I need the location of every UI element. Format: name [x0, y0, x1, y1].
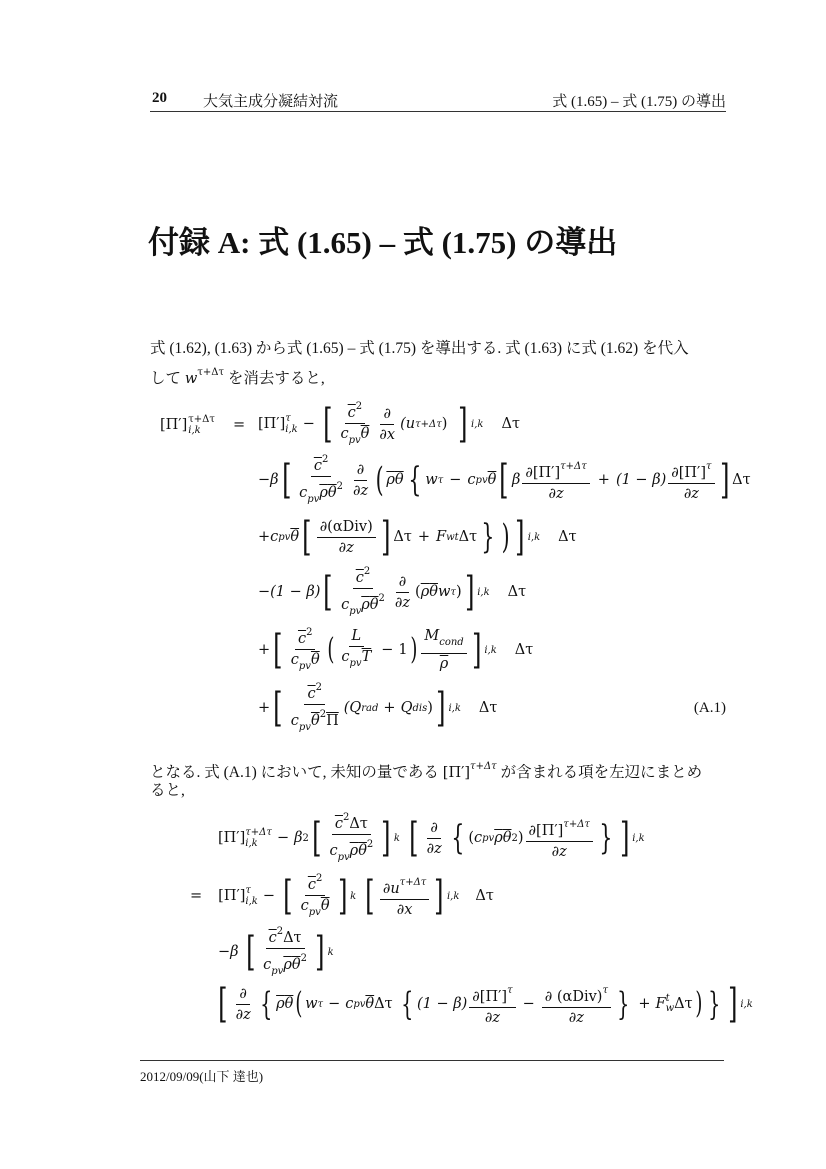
sub: w: [446, 532, 455, 543]
sub: rad: [361, 703, 378, 714]
op: +: [418, 529, 430, 545]
bracket: [: [324, 572, 333, 612]
Pi: [Π′]: [679, 465, 706, 481]
sub: i,k: [285, 424, 297, 435]
sup: τ: [318, 999, 324, 1010]
c: c: [356, 570, 364, 586]
c: c: [301, 898, 309, 914]
sub: i,k: [471, 419, 483, 430]
math: [Π′]: [443, 765, 470, 781]
paragraph-2-line-1: となる. 式 (A.1) において, 未知の量である [Π′]τ+Δτ が含まれ…: [150, 755, 702, 785]
sub: k: [328, 947, 334, 958]
text: となる. 式 (A.1) において, 未知の量である: [150, 764, 443, 781]
pv: pv: [349, 435, 361, 446]
theta: θ: [361, 426, 370, 442]
d: ∂: [354, 461, 368, 481]
equation-A1-lhs: [Π′]τ+Δτi,k: [160, 400, 215, 450]
bracket: ]: [620, 818, 629, 858]
sq: 2: [301, 953, 307, 964]
sub: i,k: [245, 896, 257, 907]
c: c: [348, 405, 356, 421]
equation-A2-line-2: = [Π′]τi,k − [ c2cpvθ ]k [ ∂uτ+Δτ∂x ]i,k…: [190, 866, 494, 926]
op: +: [383, 700, 395, 716]
c: c: [270, 529, 278, 545]
dtau: Δτ: [374, 996, 393, 1012]
theta: θ: [488, 472, 497, 488]
Pi: [Π′]: [480, 989, 507, 1005]
bracket: ]: [459, 404, 468, 444]
Pi: [Π′]: [533, 465, 560, 481]
d: ∂: [236, 985, 250, 1005]
sub: k: [394, 833, 400, 844]
math: (u: [400, 416, 415, 432]
c: c: [269, 930, 277, 946]
fraction: ∂uτ+Δτ∂x: [380, 874, 430, 919]
sq: 2: [379, 593, 385, 604]
running-section-title: 式 (1.65) – 式 (1.75) の導出: [552, 90, 726, 111]
d: ∂: [380, 405, 394, 425]
Pi: [Π′]: [218, 830, 245, 846]
bracket: [: [273, 688, 282, 728]
pv: pv: [349, 606, 361, 617]
dz: ∂z: [566, 1008, 587, 1027]
rho: ρ: [361, 597, 370, 613]
M: M: [424, 628, 439, 644]
equation-A1-line-3: +cpvθ [ ∂(αDiv)∂z ] Δτ + Fwt Δτ }) ]i,k …: [258, 510, 577, 564]
sq: 2: [316, 873, 322, 884]
c: c: [467, 472, 475, 488]
equation-A1-line-2: −β [ c2cpvρθ2 ∂∂z (ρθ{ wτ − cpvθ [ β ∂[Π…: [258, 450, 751, 510]
bracket: [: [282, 460, 291, 500]
math: [Π′]: [160, 417, 187, 433]
math: (1 − β): [616, 472, 666, 488]
math: Δτ: [732, 472, 751, 488]
op: −: [263, 888, 275, 904]
sub: i,k: [528, 532, 540, 543]
theta: θ: [365, 996, 374, 1012]
d: ∂: [427, 819, 441, 839]
bracket: ]: [434, 876, 443, 916]
rho: ρ: [276, 996, 285, 1012]
theta: θ: [503, 830, 512, 846]
fraction: ∂[Π′]τ+Δτ∂z: [526, 816, 593, 861]
Pi: [Π′]: [536, 823, 563, 839]
dtau: Δτ: [674, 996, 693, 1012]
c: c: [298, 631, 306, 647]
op: −: [381, 642, 393, 658]
bracket: ]: [720, 460, 729, 500]
math: Δτ: [479, 700, 498, 716]
rho: ρ: [319, 485, 328, 501]
math: Δτ: [501, 416, 520, 432]
bracket: [: [302, 517, 311, 557]
sub: i,k: [245, 838, 272, 849]
bracket: ]: [381, 517, 390, 557]
fraction: ∂ (αDiv)τ∂z: [542, 982, 611, 1027]
F: F: [656, 996, 666, 1012]
math: Δτ: [459, 529, 478, 545]
sup: τ: [438, 475, 444, 486]
sup: τ+Δτ: [560, 461, 587, 472]
c: c: [329, 843, 337, 859]
theta: θ: [290, 529, 299, 545]
sq: 2: [302, 833, 308, 844]
op: +: [598, 472, 610, 488]
rho: ρ: [494, 830, 503, 846]
dx: ∂x: [394, 900, 416, 919]
pv: pv: [338, 852, 350, 863]
fraction: ∂∂z: [424, 819, 445, 858]
theta: θ: [395, 472, 404, 488]
c: c: [291, 713, 299, 729]
bracket: [: [246, 932, 255, 972]
dz: ∂z: [350, 481, 371, 500]
sup: τ+Δτ: [245, 827, 272, 838]
math: Δτ: [393, 529, 412, 545]
bracket: [: [273, 630, 282, 670]
fraction: c2cpvθ: [298, 870, 333, 922]
fraction: Mcondρ: [421, 627, 466, 673]
pv: pv: [307, 494, 319, 505]
fraction: ∂(αDiv)∂z: [317, 518, 376, 557]
rho: ρ: [386, 472, 395, 488]
bracket: ]: [381, 818, 390, 858]
fraction: c2cpvθ: [337, 398, 372, 450]
theta: θ: [311, 652, 320, 668]
pv: pv: [271, 966, 283, 977]
dx: ∂x: [376, 425, 398, 444]
op: −: [328, 996, 340, 1012]
rho: ρ: [437, 654, 452, 673]
theta: θ: [429, 584, 438, 600]
beta: β: [294, 830, 302, 846]
dtau: Δτ: [283, 930, 302, 946]
sub: i,k: [484, 645, 496, 656]
pv: pv: [299, 661, 311, 672]
d: ∂: [529, 823, 537, 839]
d: ∂: [396, 573, 410, 593]
equals-sign: =: [233, 400, 245, 450]
bracket: [: [283, 876, 292, 916]
c: c: [308, 877, 316, 893]
beta: β: [512, 472, 520, 488]
math: Δτ: [558, 529, 577, 545]
w: w: [438, 584, 450, 600]
num: ∂ (αDiv): [545, 989, 603, 1005]
bracket: [: [312, 818, 321, 858]
sub: cond: [439, 637, 463, 648]
equals-sign: =: [190, 888, 202, 904]
pv: pv: [353, 999, 365, 1010]
sup: τ+Δτ: [400, 877, 427, 888]
bracket: [: [218, 984, 227, 1024]
pv: pv: [350, 658, 362, 669]
bracket: [: [323, 404, 332, 444]
math: Δτ: [508, 584, 527, 600]
bracket: ]: [472, 630, 481, 670]
bracket: [: [409, 818, 418, 858]
fraction: c2Δτcpvρθ2: [326, 809, 376, 867]
Pi-bar: Π: [326, 713, 339, 729]
fraction: ∂[Π′]τ∂z: [469, 982, 515, 1027]
c: c: [307, 686, 315, 702]
bracket: [: [365, 876, 374, 916]
theta: θ: [321, 898, 330, 914]
bracket: ]: [728, 984, 737, 1024]
equation-A1-line-1: [Π′]τi,k − [ c2cpvθ ∂∂x (uτ+Δτ) ]i,k Δτ: [258, 394, 520, 454]
bracket: ]: [338, 876, 347, 916]
equation-A1-line-5: + [ c2cpvθ ( LcpvT −1 ) Mcondρ ]i,k Δτ: [258, 622, 533, 678]
sup: τ: [706, 461, 712, 472]
sq: 2: [337, 481, 343, 492]
Pi: [Π′]: [218, 888, 245, 904]
sub: i,k: [448, 703, 460, 714]
dz: ∂z: [549, 842, 570, 861]
math: (1 − β): [417, 996, 467, 1012]
chapter-title: 付録 A: 式 (1.65) – 式 (1.75) の導出: [148, 217, 617, 262]
c: c: [291, 652, 299, 668]
op: −: [449, 472, 461, 488]
paragraph-1-line-1: 式 (1.62), (1.63) から式 (1.65) – 式 (1.75) を…: [150, 337, 689, 361]
equation-A2-line-3: −β [ c2Δτcpvρθ2 ]k: [218, 924, 334, 980]
fraction: c2cpvθ2Π: [288, 679, 342, 737]
equation-A2-line-1: [Π′]τ+Δτi,k − β2 [ c2Δτcpvρθ2 ]k [ ∂∂z {…: [218, 808, 645, 868]
c: c: [345, 996, 353, 1012]
fraction: ∂∂x: [376, 405, 398, 444]
math: −(1 − β): [258, 584, 320, 600]
sub: i,k: [632, 833, 644, 844]
dz: ∂z: [681, 484, 702, 503]
rho: ρ: [421, 584, 430, 600]
one: 1: [398, 642, 407, 658]
dz: ∂z: [336, 538, 357, 557]
pv: pv: [309, 907, 321, 918]
c: c: [474, 830, 482, 846]
sq: 2: [367, 839, 373, 850]
rho: ρ: [350, 843, 359, 859]
L: L: [349, 627, 365, 647]
c: c: [341, 597, 349, 613]
w: w: [305, 996, 317, 1012]
c: c: [335, 816, 343, 832]
c: c: [340, 426, 348, 442]
math: −β: [218, 944, 239, 960]
fraction: LcpvT: [338, 627, 374, 673]
theta: θ: [358, 843, 367, 859]
fraction: ∂∂z: [350, 461, 371, 500]
Q: Q: [401, 700, 413, 716]
sup: τ+Δτ: [470, 761, 497, 772]
rho: ρ: [283, 957, 292, 973]
dtau: Δτ: [349, 816, 368, 832]
sub: k: [350, 891, 356, 902]
theta: θ: [370, 597, 379, 613]
bracket: [: [499, 460, 508, 500]
dz: ∂z: [424, 839, 445, 858]
math-sup: τ+Δτ: [197, 367, 224, 378]
sup: τ: [507, 985, 513, 996]
book-title: 大気主成分凝結対流: [203, 90, 338, 111]
math: [Π′]: [258, 416, 285, 432]
op: +: [258, 642, 270, 658]
op: −: [523, 996, 535, 1012]
sup: τ: [602, 985, 608, 996]
equation-number: (A.1): [694, 700, 726, 717]
Q: (Q: [344, 700, 362, 716]
bracket: ]: [465, 572, 474, 612]
sub: i,k: [447, 891, 459, 902]
equation-A2-line-4: [ ∂∂z {ρθ( wτ − cpvθΔτ { (1 − β) ∂[Π′]τ∂…: [215, 978, 753, 1030]
sub: i,k: [477, 587, 489, 598]
sub: w: [666, 1004, 675, 1014]
fraction: ∂[Π′]τ∂z: [668, 458, 714, 503]
sup: τ: [245, 885, 257, 896]
fraction: c2cpvρθ2: [338, 563, 388, 621]
op: −: [303, 416, 315, 432]
c: c: [341, 649, 349, 665]
math: −β: [258, 472, 279, 488]
pv: pv: [476, 475, 488, 486]
fraction: c2cpvρθ2: [296, 451, 346, 509]
bracket: ]: [315, 932, 324, 972]
equation-A1-line-4: −(1 − β) [ c2cpvρθ2 ∂∂z (ρθwτ) ]i,k Δτ: [258, 564, 526, 620]
pv: pv: [278, 532, 290, 543]
theta: θ: [292, 957, 301, 973]
dz: ∂z: [545, 484, 566, 503]
sup: τ+Δτ: [415, 419, 442, 430]
op: +: [258, 700, 270, 716]
bracket: ]: [436, 688, 445, 728]
sq: 2: [316, 682, 322, 693]
math: Δτ: [515, 642, 534, 658]
math-w: w: [185, 371, 197, 387]
op: −: [277, 830, 289, 846]
T: T: [362, 649, 372, 665]
dz: ∂z: [233, 1005, 254, 1024]
w: w: [425, 472, 437, 488]
sup: τ+Δτ: [188, 414, 215, 425]
sub: i,k: [740, 999, 752, 1010]
d: ∂: [472, 989, 480, 1005]
text: が含まれる項を左辺にまとめ: [497, 764, 702, 781]
page-number: 20: [152, 90, 167, 107]
footer-rule: [140, 1060, 724, 1061]
op: +: [638, 996, 650, 1012]
c: c: [314, 458, 322, 474]
equation-A1-line-6: + [ c2cpvθ2Π (Qrad + Qdis) ]i,k Δτ: [258, 680, 497, 736]
d: ∂: [525, 465, 533, 481]
F: F: [436, 529, 446, 545]
sup: τ: [285, 413, 297, 424]
math: Δτ: [475, 888, 494, 904]
dz: ∂z: [482, 1008, 503, 1027]
text: して: [150, 370, 185, 387]
text: を消去すると,: [224, 370, 325, 387]
fraction: c2cpvθ: [288, 624, 323, 676]
bracket: ]: [515, 517, 524, 557]
num: ∂(αDiv): [317, 518, 376, 538]
sub: dis: [412, 703, 427, 714]
header-rule: [150, 111, 726, 112]
theta: θ: [328, 485, 337, 501]
fraction: ∂[Π′]τ+Δτ∂z: [522, 458, 589, 503]
paragraph-1-line-2: して wτ+Δτ を消去すると,: [150, 361, 325, 391]
theta: θ: [285, 996, 294, 1012]
fraction: ∂∂z: [392, 573, 413, 612]
d: ∂: [671, 465, 679, 481]
dz: ∂z: [392, 593, 413, 612]
fraction: c2Δτcpvρθ2: [260, 923, 310, 981]
op: +: [258, 529, 270, 545]
sq: 2: [306, 627, 312, 638]
pv: pv: [299, 722, 311, 733]
footer-date-author: 2012/09/09(山下 達也): [140, 1066, 263, 1085]
sq: 2: [364, 566, 370, 577]
paragraph-2-line-2: ると,: [150, 779, 185, 803]
sq: 2: [356, 401, 362, 412]
fraction: ∂∂z: [233, 985, 254, 1024]
sq: 2: [322, 454, 328, 465]
theta: θ: [311, 713, 320, 729]
sup: τ+Δτ: [563, 819, 590, 830]
pv: pv: [482, 833, 494, 844]
sub: i,k: [188, 425, 215, 436]
